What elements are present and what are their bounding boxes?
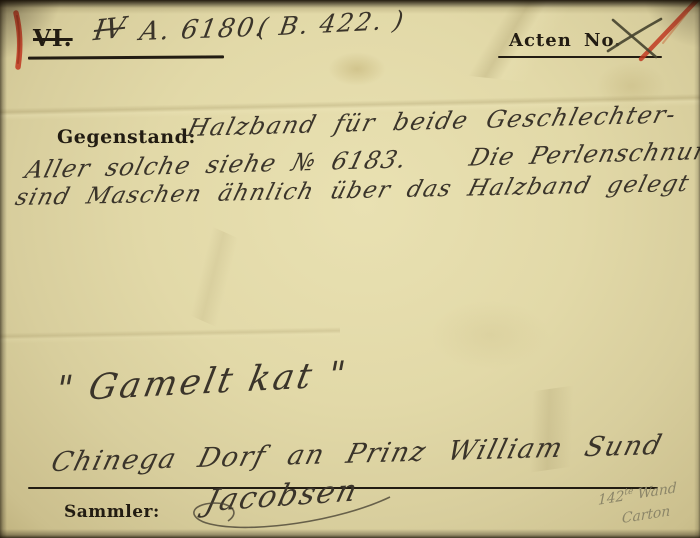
provenance-line: Chinega Dorf an Prinz William Sund xyxy=(48,430,666,478)
acten-no-label: Acten No. xyxy=(509,30,621,51)
secondary-number: ( B. 422. ) xyxy=(256,5,408,42)
sammler-label: Sammler: xyxy=(64,502,160,522)
acten-no-underline xyxy=(498,56,662,58)
pencil-note-suffix: te xyxy=(624,486,633,498)
series-number-printed: VI. xyxy=(33,25,73,52)
pencil-carton-note: Carton xyxy=(622,503,671,527)
paper-background: VI. IV A. 6180. ( B. 422. ) Acten No. Ge… xyxy=(0,0,700,538)
series-number-handwritten: IV xyxy=(92,10,128,47)
red-stroke-corner xyxy=(641,0,700,59)
paper-stain xyxy=(430,300,550,370)
red-stroke-corner-faint xyxy=(663,13,687,43)
pencil-note-number: 142 xyxy=(598,488,625,508)
paper-crease xyxy=(0,315,340,351)
pencil-note-word: Wand xyxy=(633,480,677,503)
scanned-archive-card: VI. IV A. 6180. ( B. 422. ) Acten No. Ge… xyxy=(0,0,700,538)
series-underline xyxy=(28,55,224,59)
collector-signature: Jacobsen xyxy=(202,473,363,519)
red-stroke-left-shadow xyxy=(17,16,19,63)
red-stroke-left xyxy=(16,13,20,67)
object-native-name: " Gamelt kat " xyxy=(52,354,351,410)
gegenstand-label: Gegenstand: xyxy=(57,126,196,148)
gegenstand-handwriting-line1: Halzband für beide Geschlechter- xyxy=(184,100,680,142)
paper-stain xyxy=(328,52,386,86)
inventory-number: A. 6180. xyxy=(137,13,268,48)
